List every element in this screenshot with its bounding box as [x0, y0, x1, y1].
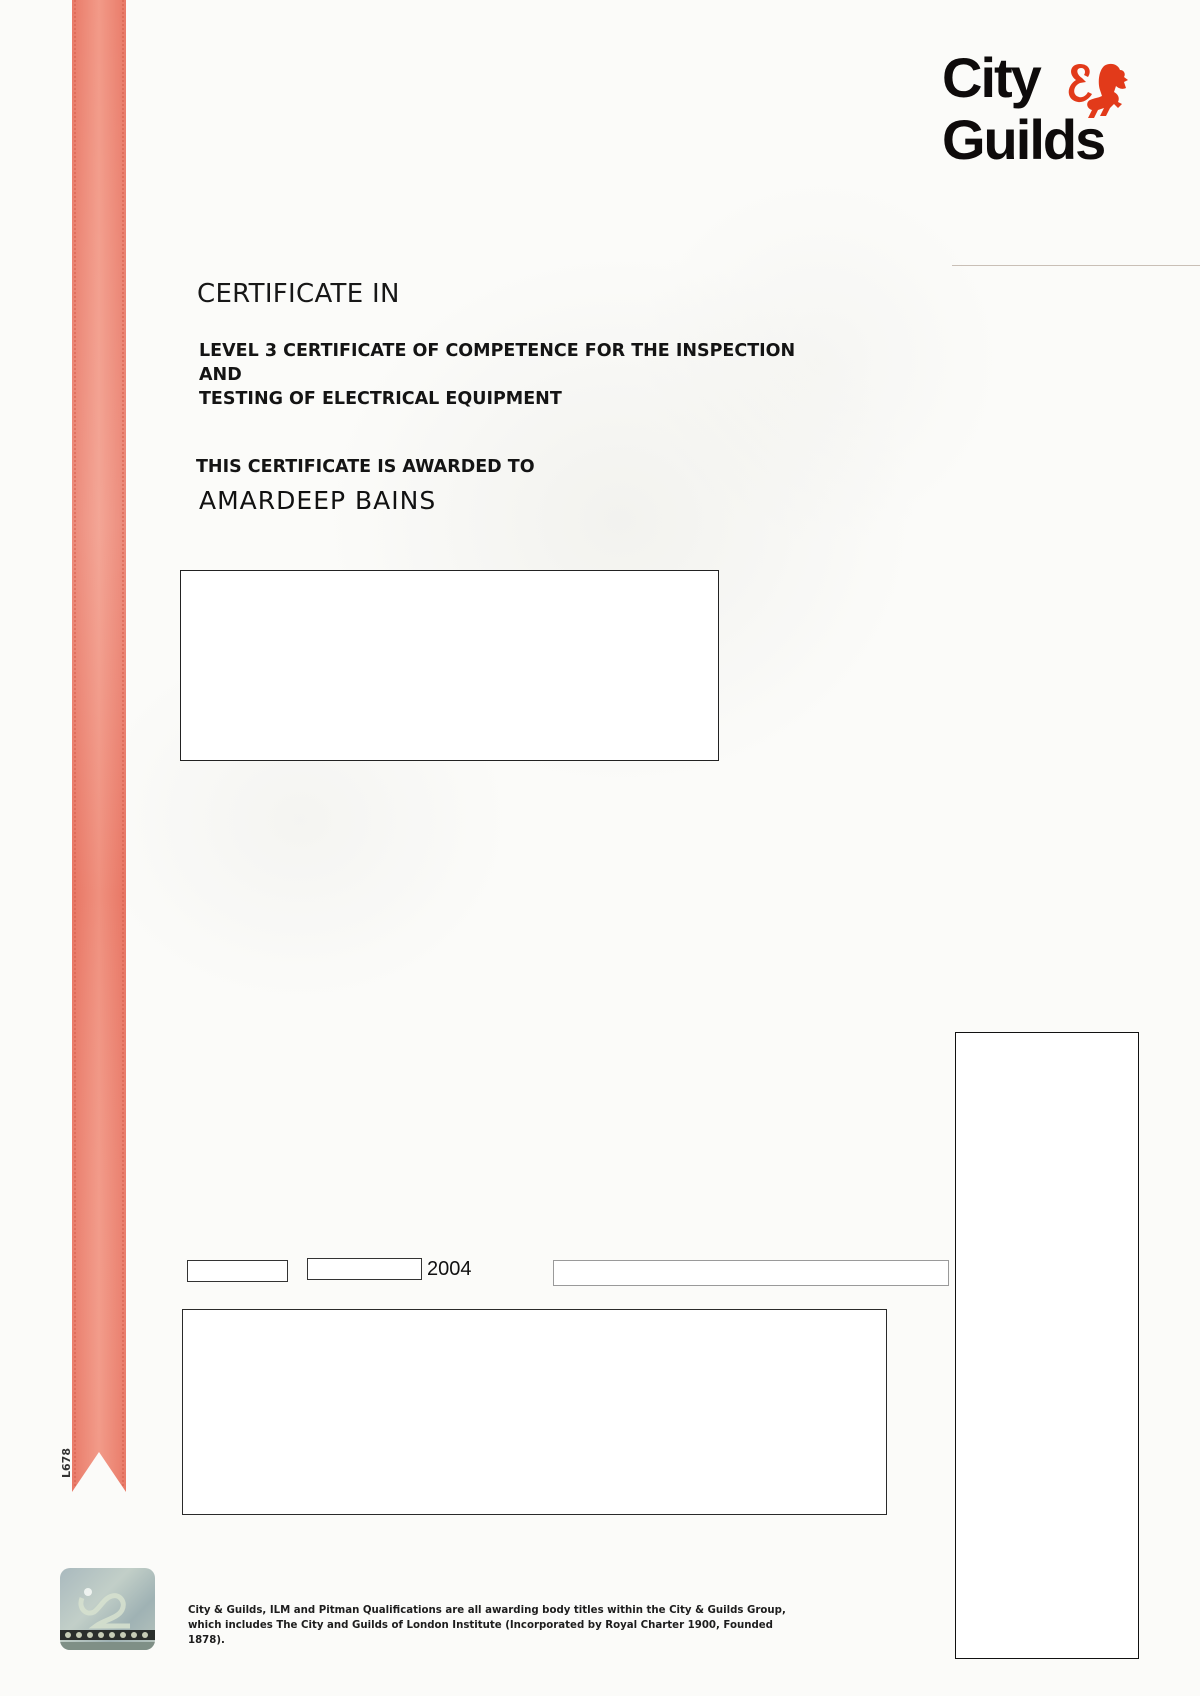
date-month-box [307, 1258, 422, 1280]
ribbon-decoration [72, 0, 126, 1492]
date-day-box [187, 1260, 288, 1282]
redacted-box-lower [182, 1309, 887, 1515]
city-guilds-logo: City Guilds [942, 48, 1142, 178]
qualification-line-1: LEVEL 3 CERTIFICATE OF COMPETENCE FOR TH… [199, 339, 839, 387]
footer-legal-note: City & Guilds, ILM and Pitman Qualificat… [188, 1603, 808, 1648]
footer-line-2: which includes The City and Guilds of Lo… [188, 1618, 808, 1648]
qualification-line-2: TESTING OF ELECTRICAL EQUIPMENT [199, 387, 839, 411]
redacted-box-tall [955, 1032, 1139, 1659]
date-year: 2004 [427, 1258, 472, 1281]
footer-line-1: City & Guilds, ILM and Pitman Qualificat… [188, 1603, 808, 1618]
logo-divider [952, 265, 1200, 266]
recipient-name: AMARDEEP BAINS [199, 486, 436, 515]
hologram-seal-icon [60, 1568, 155, 1650]
form-code: L678 [60, 1446, 74, 1480]
logo-city-text: City [942, 50, 1040, 106]
qualification-title: LEVEL 3 CERTIFICATE OF COMPETENCE FOR TH… [199, 339, 839, 411]
ampersand-lion-icon [1064, 60, 1138, 122]
certificate-heading: CERTIFICATE IN [197, 279, 400, 309]
awarded-to-label: THIS CERTIFICATE IS AWARDED TO [196, 457, 535, 477]
redacted-box-long [553, 1260, 949, 1286]
redacted-box-upper [180, 570, 719, 761]
